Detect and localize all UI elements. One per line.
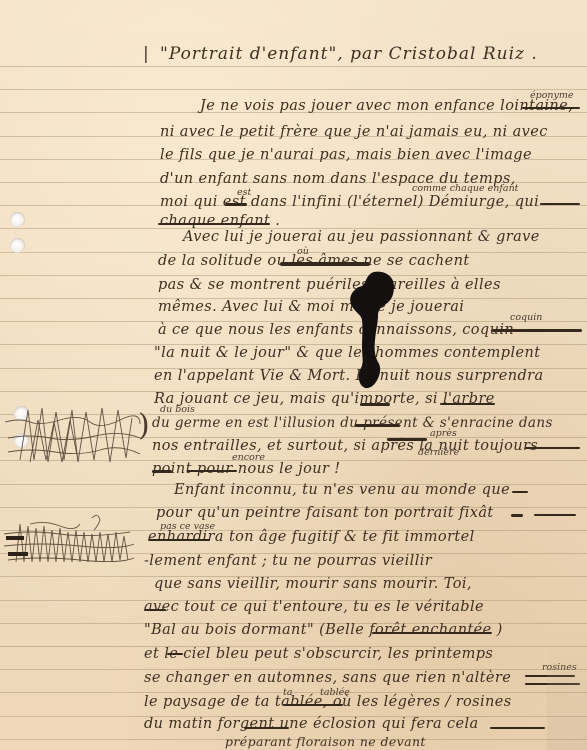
text-line: préparant floraison ne devant xyxy=(225,734,426,749)
strikethrough xyxy=(540,203,580,205)
text-line: du matin forgent une éclosion qui fera c… xyxy=(144,716,479,732)
ink-blot xyxy=(348,270,398,392)
text-line: "Bal au bois dormant" (Belle forêt encha… xyxy=(144,622,503,638)
strikethrough xyxy=(244,727,289,729)
page-corner-wear xyxy=(547,630,587,750)
strikethrough xyxy=(280,262,370,266)
strikethrough xyxy=(225,203,247,206)
text-line: moi qui est dans l'infini (l'éternel) Dé… xyxy=(160,194,539,210)
text-line: de la solitude ou les âmes ne se cachent xyxy=(158,253,470,269)
text-line: du germe en est l'illusion du présent & … xyxy=(152,415,553,431)
text-line: se changer en automnes, sans que rien n'… xyxy=(144,670,511,686)
text-line: nos entrailles, et surtout, si après la … xyxy=(152,438,538,454)
text-line: ni avec le petit frère que je n'ai jamai… xyxy=(160,124,548,140)
text-line: pour qu'un peintre faisant ton portrait … xyxy=(156,505,494,521)
ruled-line xyxy=(0,275,587,276)
strikethrough xyxy=(511,514,523,517)
text-line: que sans vieillir, mourir sans mourir. T… xyxy=(154,576,472,592)
text-line: Avec lui je jouerai au jeu passionnant &… xyxy=(183,229,540,245)
punch-hole xyxy=(10,212,25,227)
interlinear-insertion: où xyxy=(297,246,309,257)
strikethrough xyxy=(440,403,495,405)
ruled-line xyxy=(0,89,587,90)
punch-hole xyxy=(10,238,25,253)
text-line: le fils que je n'aurai pas, mais bien av… xyxy=(160,147,532,163)
strikethrough xyxy=(158,223,270,225)
strikethrough xyxy=(152,470,172,473)
margin-note-scribble xyxy=(0,400,150,475)
strikethrough xyxy=(525,447,580,449)
manuscript-title: "Portrait d'enfant", par Cristobal Ruiz … xyxy=(160,44,538,64)
text-line: et le ciel bleu peut s'obscurcir, les pr… xyxy=(144,646,493,662)
interlinear-insertion: encore xyxy=(232,452,265,463)
text-line: pas & se montrent puériles, pareilles à … xyxy=(158,277,501,293)
strikethrough xyxy=(490,727,545,729)
strikethrough xyxy=(148,539,210,541)
strikethrough xyxy=(387,438,427,441)
interlinear-insertion: comme chaque enfant xyxy=(412,183,519,194)
text-line: Enfant inconnu, tu n'es venu au monde qu… xyxy=(174,482,510,498)
margin-note-scribble xyxy=(0,510,140,570)
interlinear-insertion: ta xyxy=(283,687,292,698)
text-line: chaque enfant . xyxy=(160,213,280,229)
text-line: mêmes. Avec lui & moi même je jouerai xyxy=(158,299,464,315)
strikethrough xyxy=(144,609,166,611)
strikethrough xyxy=(534,514,576,516)
text-line: -lement enfant ; tu ne pourras vieillir xyxy=(144,553,432,569)
text-line: point pour nous le jour ! xyxy=(152,461,341,477)
ruled-line xyxy=(0,66,587,67)
strikethrough xyxy=(522,107,580,109)
strikethrough xyxy=(355,424,400,427)
strikethrough xyxy=(187,470,237,472)
interlinear-insertion: est xyxy=(237,187,251,198)
ruled-line xyxy=(0,692,587,693)
interlinear-insertion: éponyme xyxy=(530,90,574,101)
strikethrough xyxy=(512,491,528,493)
interlinear-insertion: coquin xyxy=(510,312,542,323)
text-line: Je ne vois pas jouer avec mon enfance lo… xyxy=(200,98,573,114)
text-line: avec tout ce qui t'entoure, tu es le vér… xyxy=(144,599,484,615)
strikethrough xyxy=(372,632,492,634)
strikethrough xyxy=(492,329,582,332)
page-marker: | xyxy=(143,44,149,64)
strikethrough xyxy=(167,653,183,655)
strikethrough xyxy=(360,403,390,406)
interlinear-insertion: tablée xyxy=(320,687,350,698)
interlinear-insertion: dernière xyxy=(418,447,459,458)
interlinear-insertion: du bois xyxy=(160,404,195,415)
interlinear-insertion: après xyxy=(430,428,457,439)
interlinear-insertion: pas ce vase xyxy=(160,521,215,532)
strikethrough xyxy=(283,704,343,706)
text-line: à ce que nous les enfants connaissons, c… xyxy=(158,322,514,338)
manuscript-page: | "Portrait d'enfant", par Cristobal Rui… xyxy=(0,0,587,750)
